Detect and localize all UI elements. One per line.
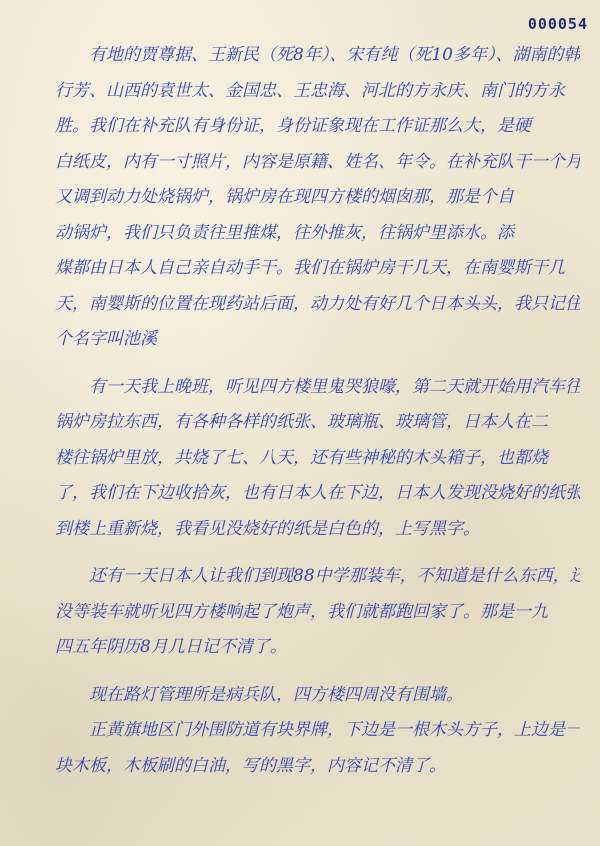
document-serial-number: 000054 [528, 15, 588, 33]
text-line: 胜。我们在补充队有身份证，身份证象现在工作证那么大，是硬 [55, 109, 580, 145]
paragraph-5: 正黄旗地区门外围防道有块界牌，下边是一根木头方子，上边是一 块木板，木板刷的白油… [55, 713, 580, 784]
text-line: 锅炉房拉东西，有各种各样的纸张、玻璃瓶、玻璃管，日本人在二 [55, 405, 580, 441]
text-line: 个名字叫池溪 [55, 322, 580, 358]
text-line: 现在路灯管理所是病兵队，四方楼四周没有围墙。 [55, 678, 580, 714]
text-line: 四五年阴历8月几日记不清了。 [55, 630, 580, 666]
text-line: 正黄旗地区门外围防道有块界牌，下边是一根木头方子，上边是一 [55, 713, 580, 749]
text-line: 行芳、山西的袁世太、金国忠、王忠海、河北的方永庆、南门的方永 [55, 74, 580, 110]
text-line: 有地的贾尊据、王新民（死8年）、宋有纯（死10多年）、湖南的韩 [55, 38, 580, 74]
text-line: 有一天我上晚班，听见四方楼里鬼哭狼嚎，第二天就开始用汽车往 [55, 370, 580, 406]
text-line: 还有一天日本人让我们到现88中学那装车，不知道是什么东西，还 [55, 559, 580, 595]
text-line: 块木板，木板刷的白油，写的黑字，内容记不清了。 [55, 749, 580, 785]
text-line: 没等装车就听见四方楼响起了炮声，我们就都跑回家了。那是一九 [55, 595, 580, 631]
paragraph-1: 有地的贾尊据、王新民（死8年）、宋有纯（死10多年）、湖南的韩 行芳、山西的袁世… [55, 38, 580, 358]
text-line: 动锅炉，我们只负责往里推煤，往外推灰，往锅炉里添水。添 [55, 216, 580, 252]
text-line: 又调到动力处烧锅炉，锅炉房在现四方楼的烟囱那，那是个自 [55, 180, 580, 216]
paragraph-gap [55, 666, 580, 678]
text-line: 白纸皮，内有一寸照片，内容是原籍、姓名、年令。在补充队干一个月 [55, 145, 580, 181]
text-line: 天，南婴斯的位置在现药站后面，动力处有好几个日本头头，我只记住一 [55, 287, 580, 323]
paragraph-3: 还有一天日本人让我们到现88中学那装车，不知道是什么东西，还 没等装车就听见四方… [55, 559, 580, 666]
text-line: 煤都由日本人自己亲自动手干。我们在锅炉房干几天，在南婴斯干几 [55, 251, 580, 287]
text-line: 楼往锅炉里放，共烧了七、八天，还有些神秘的木头箱子，也都烧 [55, 441, 580, 477]
handwritten-body: 有地的贾尊据、王新民（死8年）、宋有纯（死10多年）、湖南的韩 行芳、山西的袁世… [55, 38, 580, 784]
paragraph-gap [55, 358, 580, 370]
scanned-document-page: 000054 有地的贾尊据、王新民（死8年）、宋有纯（死10多年）、湖南的韩 行… [0, 0, 600, 846]
text-line: 到楼上重新烧，我看见没烧好的纸是白色的，上写黑字。 [55, 512, 580, 548]
paragraph-4: 现在路灯管理所是病兵队，四方楼四周没有围墙。 [55, 678, 580, 714]
paragraph-gap [55, 547, 580, 559]
paragraph-2: 有一天我上晚班，听见四方楼里鬼哭狼嚎，第二天就开始用汽车往 锅炉房拉东西，有各种… [55, 370, 580, 548]
text-line: 了，我们在下边收拾灰，也有日本人在下边，日本人发现没烧好的纸张就拿 [55, 476, 580, 512]
